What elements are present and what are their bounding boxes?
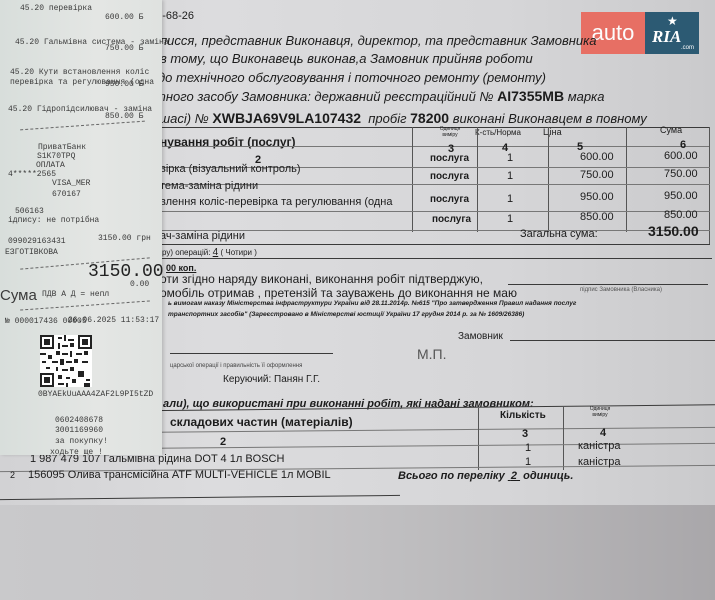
customer-label: Замовник [458,331,503,342]
signature-line [508,284,708,285]
manager-name: Керуючий: Панян Г.Г. [223,374,320,385]
responsible-caption: царської операції і правильність її офор… [170,363,302,369]
signature-caption: підпис Замовника (Власника) [580,287,662,293]
works-header-unit: Одиниця виміру [435,126,465,138]
legal-text-2: транспортних засобів" (Зареєстровано в М… [168,311,524,318]
confirmation-line-2: омобіль отримав , претензій та зауважень… [160,286,517,300]
materials-header-name: складових частин (матеріалів) [170,415,353,429]
fiscal-receipt: 45.20 перевірка 600.00 Б 45.20 Гальмівна… [0,0,162,455]
header-line-4: тного засобу Замовника: державний реєстр… [155,88,604,104]
header-line-2: в тому, що Виконавець виконав,а Замовник… [160,51,533,66]
autoria-logo: auto ★ RIA .com [581,12,699,54]
manager-signature-line [170,353,333,354]
mileage: 78200 [410,110,449,126]
star-icon: ★ [667,14,678,28]
confirmation-line-1: оти згідно наряду виконані, виконання ро… [160,272,483,286]
header-line-3: до технічного обслуговування і поточного… [158,70,546,85]
legal-text-1: ь вимогам наказу Міністерства інфраструк… [168,300,576,307]
receipt-sum-label: Сума [0,287,37,304]
header-line-1: писся, представник Виконавця, директор, … [160,33,597,48]
qr-code [40,335,92,387]
materials-header-unit: Одиниця виміру [585,406,615,418]
receipt-total: 3150.00 [88,262,164,282]
operations-count: ру) операцій: 4 ( Чотири ) [162,247,257,258]
total-label: Загальна сума: [520,228,598,240]
header-line-5: (шасі) № XWBJA69V9LA107432 пробіг 78200 … [155,110,647,126]
works-header-sum: Сума [660,125,682,135]
total-amount: 3150.00 [648,223,699,239]
customer-signature-line [510,340,715,341]
stamp-placeholder: М.П. [417,346,447,362]
works-header-qty: К-сть/Норма [475,128,521,137]
works-header-price: Ціна [543,127,562,137]
registration-number: AI7355MB [497,88,564,104]
materials-header-qty: Кількість [500,410,546,421]
materials-total: Всього по переліку 2 одиниць. [398,470,573,482]
vin: XWBJA69V9LA107432 [212,110,361,126]
logo-ria: ★ RIA .com [645,12,699,54]
qr-code-text: 0BYAEkUuAAA4ZAF2L9PI5tZD [38,390,153,399]
